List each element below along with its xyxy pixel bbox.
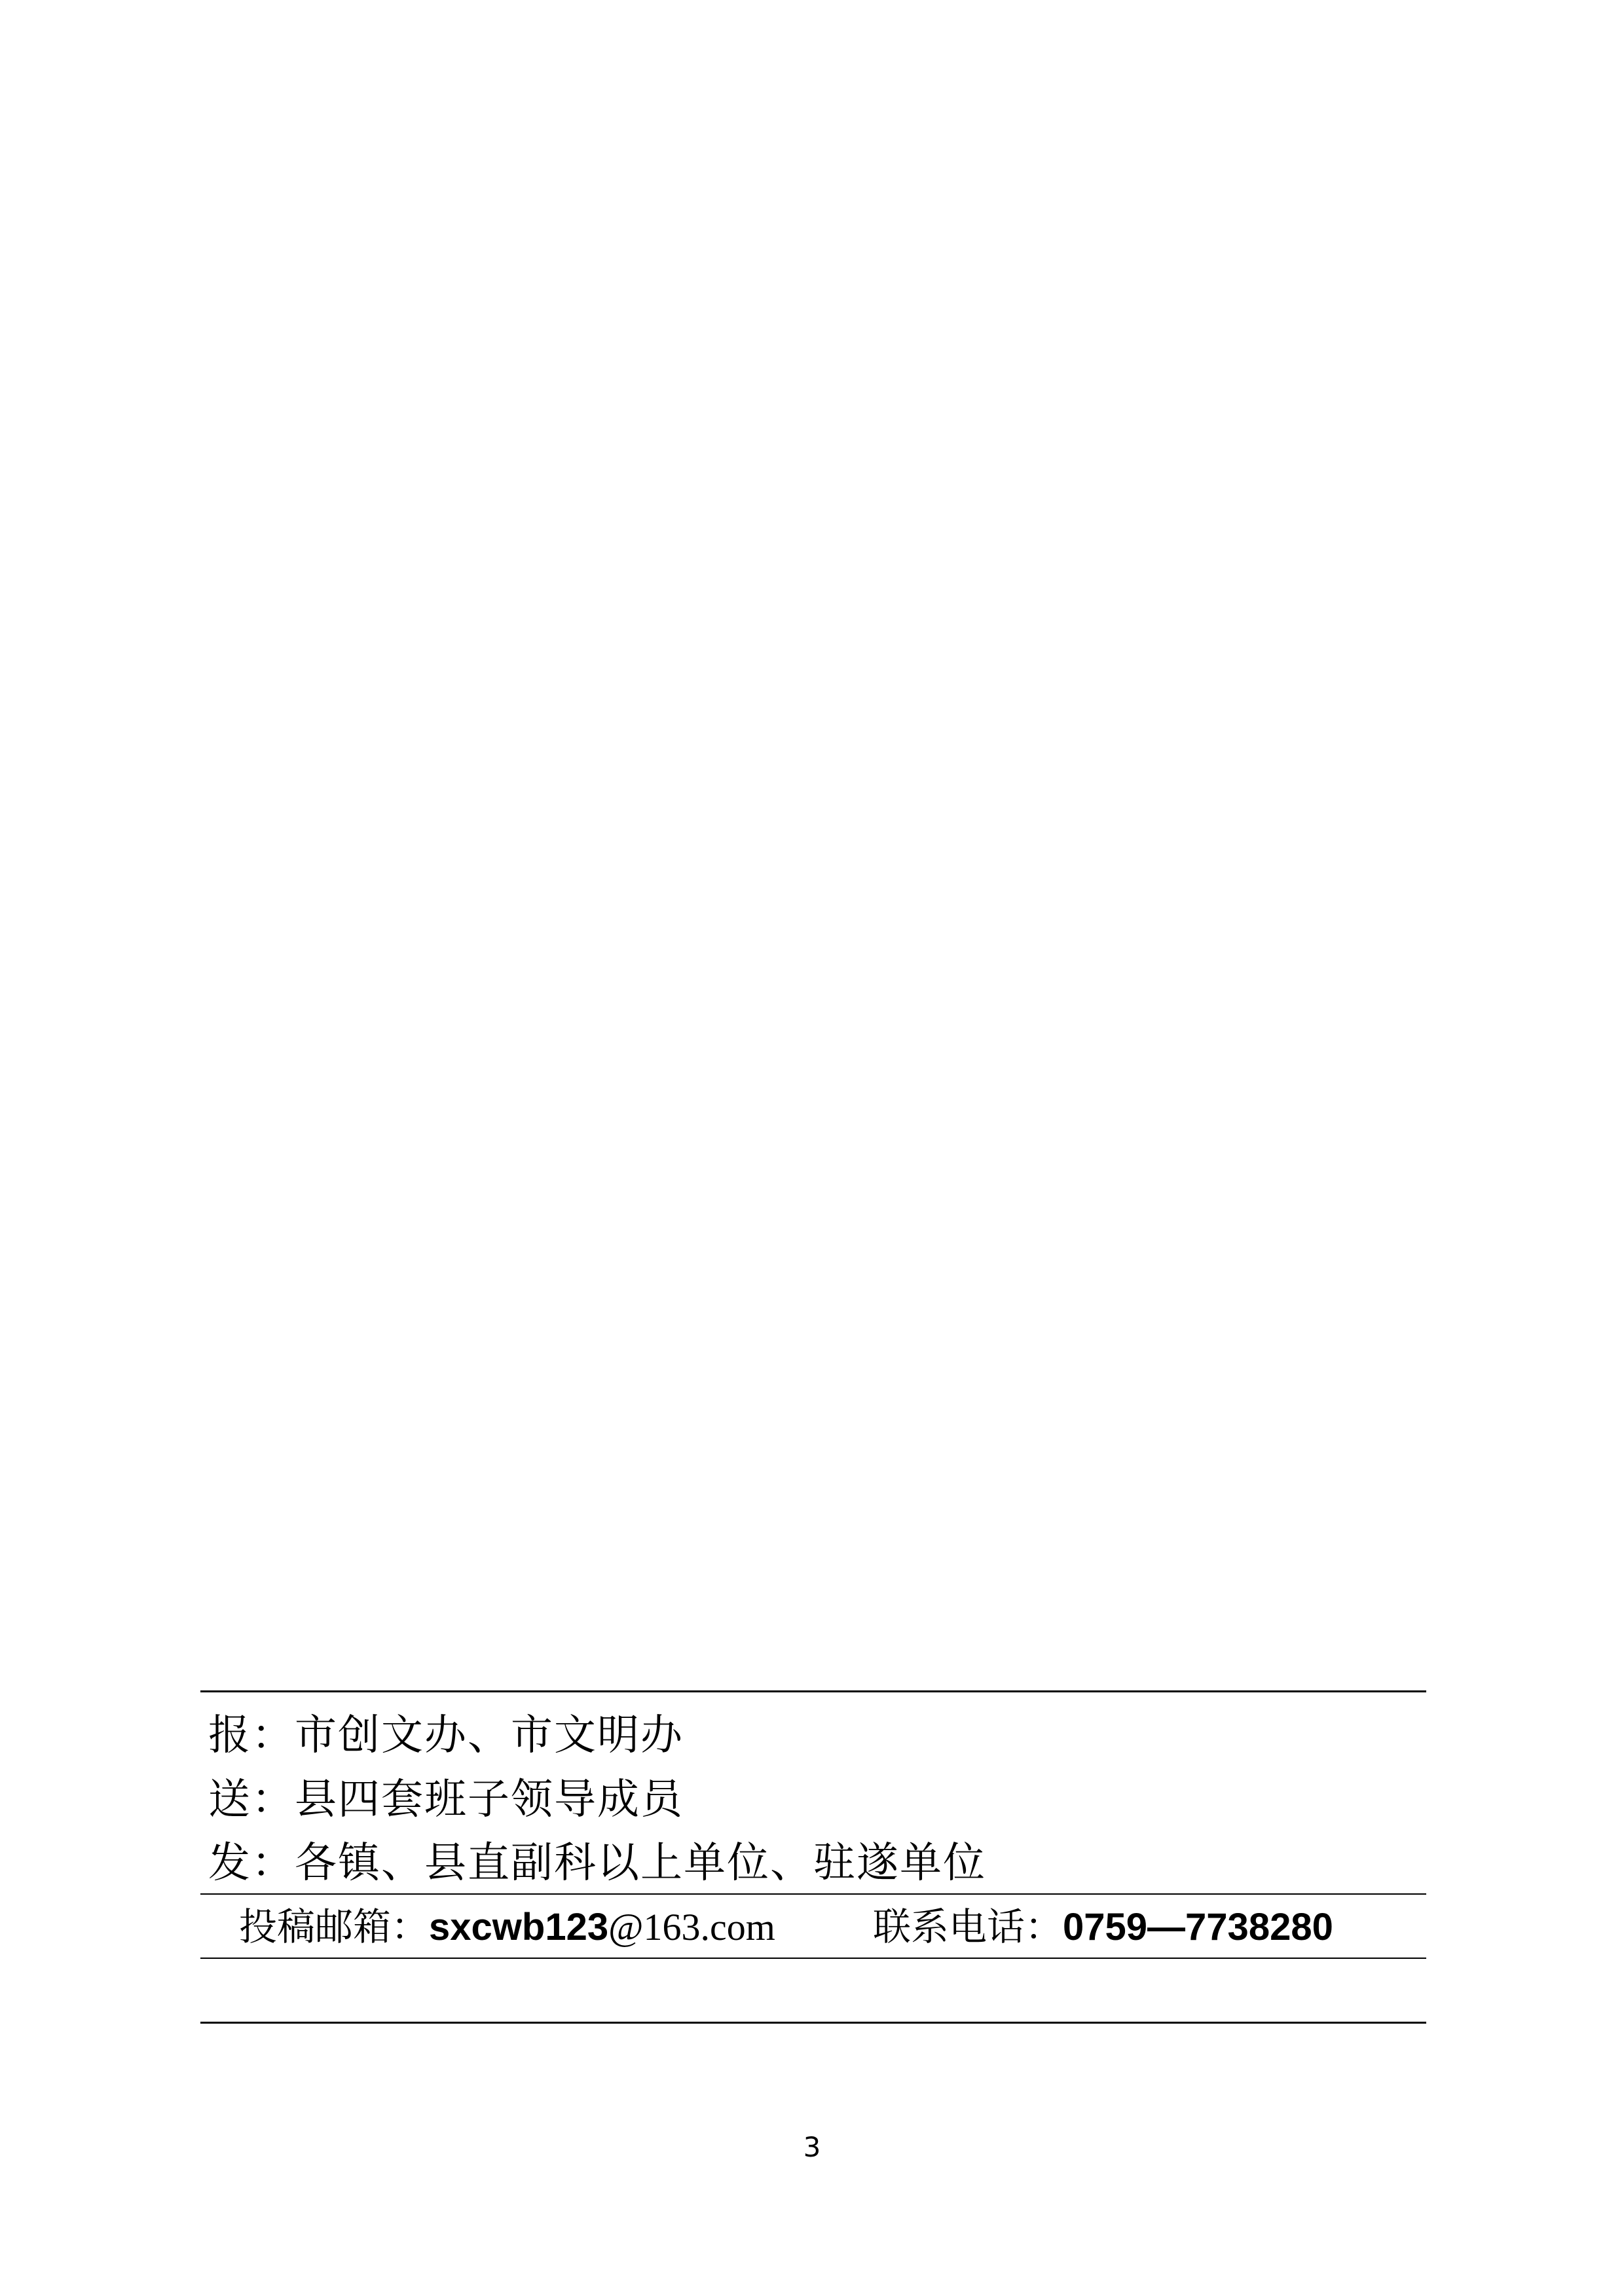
email-label: 投稿邮箱： [239, 1904, 429, 1949]
submission-email: 投稿邮箱：sxcwb123@163.com [239, 1904, 775, 1960]
document-page: 报：市创文办、市文明办 送：县四套班子领导成员 发：各镇、县直副科以上单位、驻遂… [0, 0, 1624, 2296]
contact-bar: 投稿邮箱：sxcwb123@163.com 联系电话：0759—7738280 [0, 1904, 1624, 1950]
phone-number: 0759—7738280 [1063, 1906, 1333, 1948]
distribution-row-content: 县四套班子领导成员 [295, 1776, 684, 1824]
distribution-row-issue: 发：各镇、县直副科以上单位、驻遂单位 [208, 1840, 986, 1886]
separator-line-bottom [200, 2022, 1426, 2024]
separator-line-below-contact [200, 1958, 1426, 1959]
separator-line-top [200, 1690, 1426, 1692]
distribution-row-content: 市创文办、市文明办 [295, 1711, 684, 1760]
distribution-row-content: 各镇、县直副科以上单位、驻遂单位 [295, 1839, 986, 1887]
distribution-row-label: 报： [208, 1711, 295, 1760]
distribution-row-label: 送： [208, 1776, 295, 1824]
email-user: sxcwb123 [429, 1906, 608, 1948]
contact-phone: 联系电话：0759—7738280 [873, 1904, 1333, 1960]
distribution-row-report: 报：市创文办、市文明办 [208, 1713, 684, 1758]
distribution-row-label: 发： [208, 1839, 295, 1887]
separator-line-above-contact [200, 1893, 1426, 1895]
phone-label: 联系电话： [873, 1904, 1063, 1949]
distribution-row-send: 送：县四套班子领导成员 [208, 1777, 684, 1823]
email-domain: @163.com [608, 1906, 775, 1948]
page-number: 3 [0, 2131, 1624, 2164]
